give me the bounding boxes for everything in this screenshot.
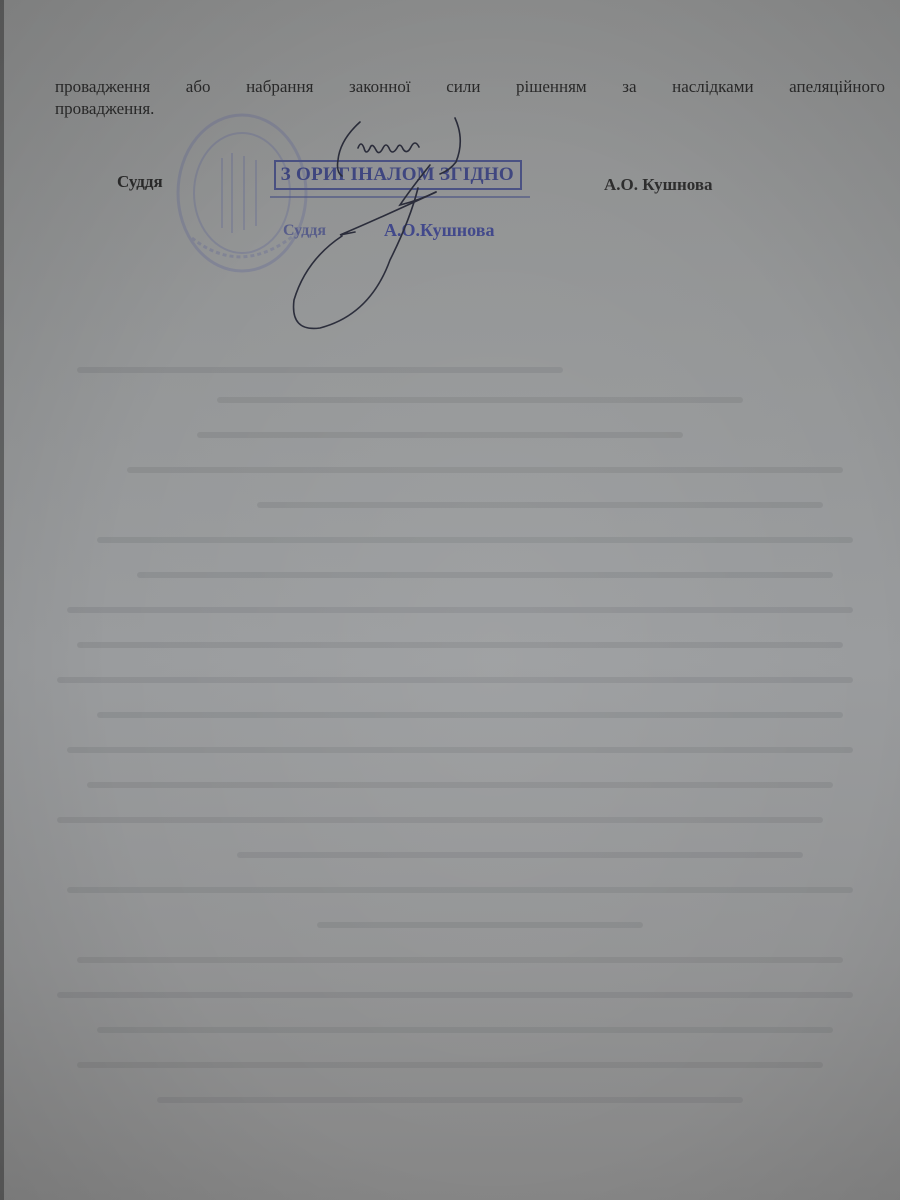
reverse-side-show-through [40,340,880,1160]
handwritten-signature-icon [260,110,500,340]
judge-name: А.О. Кушнова [604,175,713,195]
judge-role-label: Суддя [117,172,163,192]
paragraph-line-1: провадження або набрання законної сили р… [55,76,885,98]
document-page: провадження або набрання законної сили р… [0,0,900,1200]
page-edge-shadow [0,0,4,1200]
